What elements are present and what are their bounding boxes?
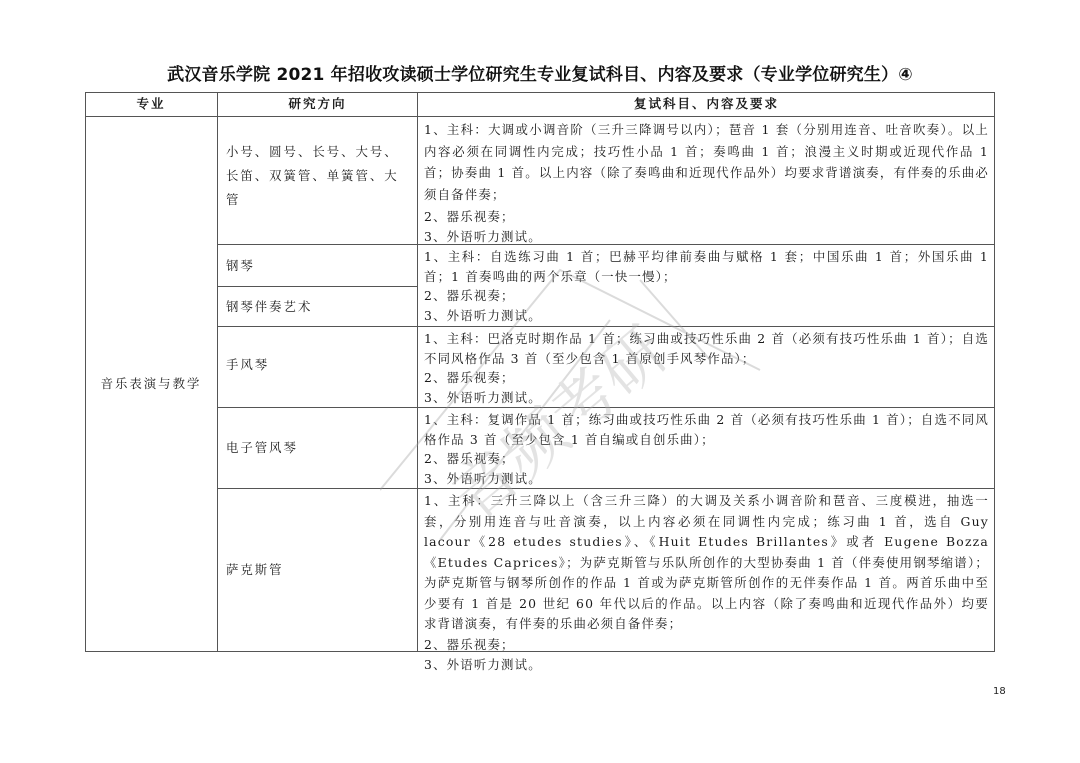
header-direction: 研究方向 <box>218 92 418 117</box>
requirement-item: 2、器乐视奏； <box>424 635 989 656</box>
requirements-cell-winds: 1、主科：大调或小调音阶（三升三降调号以内）；琶音 1 套（分别用连音、吐音吹奏… <box>418 117 995 245</box>
direction-cell-piano-accompaniment: 钢琴伴奏艺术 <box>218 287 418 327</box>
requirement-item: 1、主科：大调或小调音阶（三升三降调号以内）；琶音 1 套（分别用连音、吐音吹奏… <box>424 119 989 205</box>
direction-cell-piano: 钢琴 <box>218 245 418 287</box>
major-cell: 音乐表演与教学 <box>85 117 218 652</box>
direction-cell-electronic-organ: 电子管风琴 <box>218 408 418 489</box>
direction-cell-saxophone: 萨克斯管 <box>218 489 418 652</box>
requirement-item: 3、外语听力测试。 <box>424 655 989 676</box>
direction-label: 钢琴 <box>226 256 255 276</box>
direction-cell-accordion: 手风琴 <box>218 327 418 408</box>
requirements-cell-saxophone: 1、主科：三升三降以上（含三升三降）的大调及关系小调音阶和琶音、三度模进，抽选一… <box>418 489 995 652</box>
requirement-item: 3、外语听力测试。 <box>424 469 989 489</box>
requirement-item: 2、器乐视奏； <box>424 449 989 469</box>
requirement-item: 1、主科：三升三降以上（含三升三降）的大调及关系小调音阶和琶音、三度模进，抽选一… <box>424 491 989 635</box>
requirement-item: 3、外语听力测试。 <box>424 306 989 326</box>
requirement-item: 3、外语听力测试。 <box>424 388 989 408</box>
page-title: 武汉音乐学院 2021 年招收攻读硕士学位研究生专业复试科目、内容及要求（专业学… <box>0 60 1080 85</box>
major-label: 音乐表演与教学 <box>101 374 202 394</box>
requirements-cell-accordion: 1、主科：巴洛克时期作品 1 首；练习曲或技巧性乐曲 2 首（必须有技巧性乐曲 … <box>418 327 995 408</box>
header-requirements: 复试科目、内容及要求 <box>418 92 995 117</box>
direction-cell-winds: 小号、圆号、长号、大号、长笛、双簧管、单簧管、大管 <box>218 117 418 245</box>
requirement-item: 2、器乐视奏； <box>424 368 989 388</box>
header-major: 专业 <box>85 92 218 117</box>
requirements-cell-electronic-organ: 1、主科：复调作品 1 首；练习曲或技巧性乐曲 2 首（必须有技巧性乐曲 1 首… <box>418 408 995 489</box>
direction-label: 萨克斯管 <box>226 560 284 580</box>
direction-label: 手风琴 <box>226 355 269 375</box>
requirements-cell-piano: 1、主科：自选练习曲 1 首；巴赫平均律前奏曲与赋格 1 套；中国乐曲 1 首；… <box>418 245 995 327</box>
direction-label: 电子管风琴 <box>226 438 298 458</box>
requirement-item: 1、主科：自选练习曲 1 首；巴赫平均律前奏曲与赋格 1 套；中国乐曲 1 首；… <box>424 247 989 286</box>
direction-label: 钢琴伴奏艺术 <box>226 297 312 317</box>
requirement-item: 1、主科：巴洛克时期作品 1 首；练习曲或技巧性乐曲 2 首（必须有技巧性乐曲 … <box>424 329 989 368</box>
requirement-item: 2、器乐视奏； <box>424 286 989 306</box>
page-number: 18 <box>993 686 1006 697</box>
requirement-item: 2、器乐视奏； <box>424 207 989 227</box>
requirement-item: 3、外语听力测试。 <box>424 227 989 247</box>
requirements-table: 专业 研究方向 复试科目、内容及要求 音乐表演与教学 小号、圆号、长号、大号、长… <box>85 92 995 652</box>
direction-label: 小号、圆号、长号、大号、长笛、双簧管、单簧管、大管 <box>226 140 413 212</box>
requirement-item: 1、主科：复调作品 1 首；练习曲或技巧性乐曲 2 首（必须有技巧性乐曲 1 首… <box>424 410 989 449</box>
